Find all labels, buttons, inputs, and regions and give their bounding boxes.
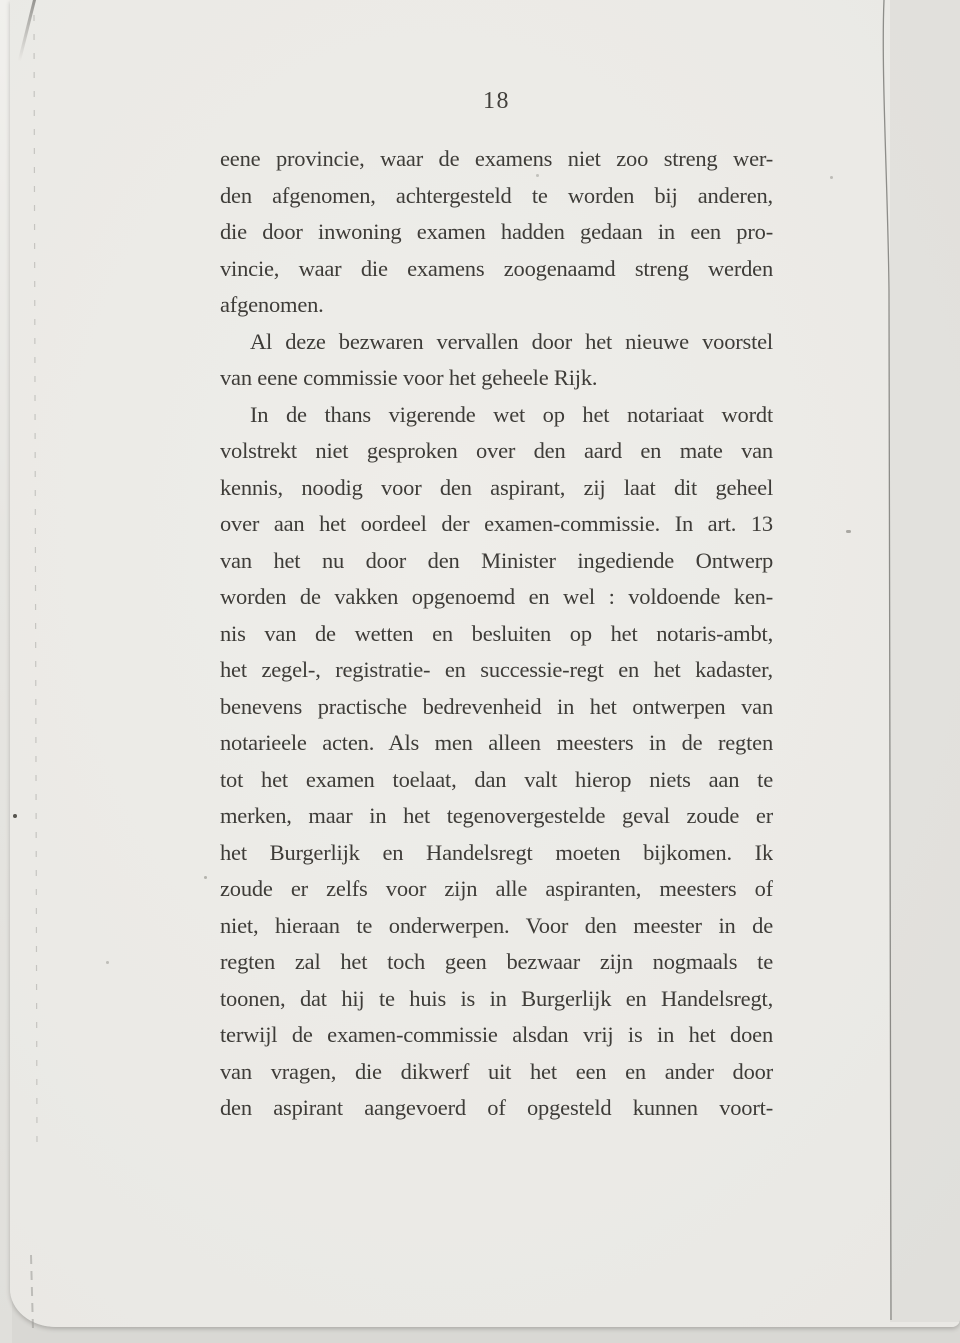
- text-line: terwijl de examen-commissie alsdan vrij …: [220, 1017, 773, 1054]
- text-line: toonen, dat hij te huis is in Burgerlijk…: [220, 981, 773, 1018]
- text-line: merken, maar in het tegenovergestelde ge…: [220, 798, 773, 835]
- text-line: worden de vakken opgenoemd en wel : vold…: [220, 579, 773, 616]
- text-line: van vragen, die dikwerf uit het een en a…: [220, 1054, 773, 1091]
- text-line: vincie, waar die examens zoogenaamd stre…: [220, 251, 773, 288]
- page-content: 18 eene provincie, waar de examens niet …: [0, 0, 960, 1327]
- text-line: niet, hieraan te onderwerpen. Voor den m…: [220, 908, 773, 945]
- page-number: 18: [220, 88, 773, 115]
- scanned-document: 18 eene provincie, waar de examens niet …: [0, 0, 960, 1343]
- text-line: notarieele acten. Als men alleen meester…: [220, 725, 773, 762]
- text-line: tot het examen toelaat, dan valt hierop …: [220, 762, 773, 799]
- text-line: die door inwoning examen hadden gedaan i…: [220, 214, 773, 251]
- text-line: den aspirant aangevoerd of opgesteld kun…: [220, 1090, 773, 1127]
- text-line: nis van de wetten en besluiten op het no…: [220, 616, 773, 653]
- text-line: over aan het oordeel der examen-commissi…: [220, 506, 773, 543]
- text-line: benevens practische bedrevenheid in het …: [220, 689, 773, 726]
- text-line: afgenomen.: [220, 287, 773, 324]
- text-line: kennis, noodig voor den aspirant, zij la…: [220, 470, 773, 507]
- text-line: volstrekt niet gesproken over den aard e…: [220, 433, 773, 470]
- text-block: eene provincie, waar de examens niet zoo…: [220, 141, 773, 1127]
- text-line: van het nu door den Minister ingediende …: [220, 543, 773, 580]
- text-line: In de thans vigerende wet op het notaria…: [220, 397, 773, 434]
- text-line: het zegel-, registratie- en successie-re…: [220, 652, 773, 689]
- text-line: zoude er zelfs voor zijn alle aspiranten…: [220, 871, 773, 908]
- text-line: regten zal het toch geen bezwaar zijn no…: [220, 944, 773, 981]
- text-line: het Burgerlijk en Handelsregt moeten bij…: [220, 835, 773, 872]
- text-line: den afgenomen, achtergesteld te worden b…: [220, 178, 773, 215]
- text-line: Al deze bezwaren vervallen door het nieu…: [220, 324, 773, 361]
- text-line: eene provincie, waar de examens niet zoo…: [220, 141, 773, 178]
- text-line: van eene commissie voor het geheele Rijk…: [220, 360, 773, 397]
